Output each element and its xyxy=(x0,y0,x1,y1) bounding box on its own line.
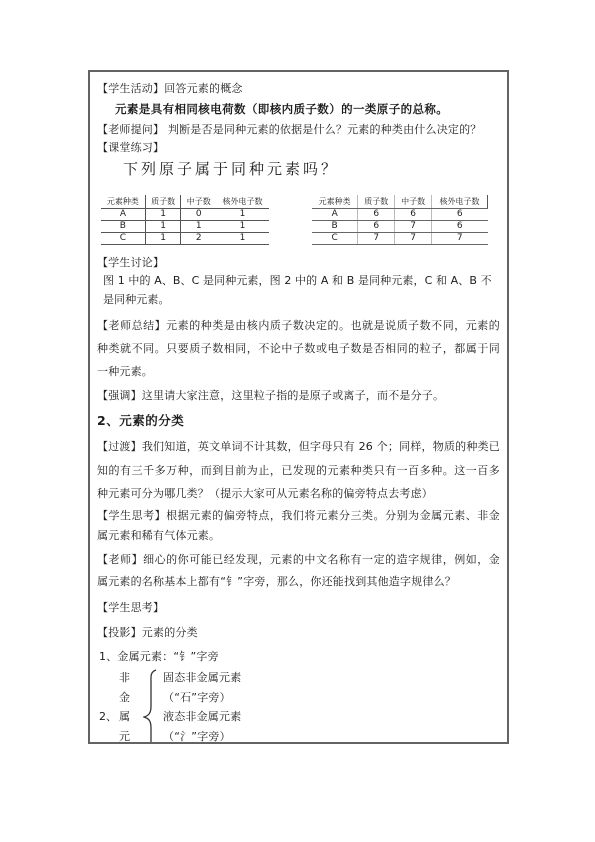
discussion-heading-line: 【学生讨论】 xyxy=(97,254,500,271)
data-cell: 1 xyxy=(145,233,181,245)
data-cell: B xyxy=(312,221,358,233)
classification-line: （“石”字旁） xyxy=(163,689,231,705)
data-cell: 7 xyxy=(432,233,488,245)
classification-line: 固态非金属元素 xyxy=(163,669,241,685)
data-cell: A xyxy=(101,209,145,221)
header-cell: 中子数 xyxy=(395,195,432,209)
classification-line: （“氵”字旁） xyxy=(163,728,231,744)
vertical-label-char: 非 xyxy=(119,669,143,685)
element-definition-line: 元素是具有相同核电荷数（即核内质子数）的一类原子的总称。 xyxy=(97,98,500,120)
curly-brace-icon xyxy=(143,669,158,745)
data-cell: 6 xyxy=(432,209,488,221)
data-cell: 1 xyxy=(216,221,269,233)
row-number: 2、 xyxy=(97,708,119,724)
data-cell: C xyxy=(312,233,358,245)
data-cell: 7 xyxy=(395,221,432,233)
document-page: 【学生活动】回答元素的概念 元素是具有相同核电荷数（即核内质子数）的一类原子的总… xyxy=(0,0,595,842)
exercise-question-heading: 下列原子属于同种元素吗？ xyxy=(123,156,500,182)
vertical-label-char: 元 xyxy=(119,728,143,744)
student-activity-line: 【学生活动】回答元素的概念 xyxy=(97,80,500,98)
content-frame: 【学生活动】回答元素的概念 元素是具有相同核电荷数（即核内质子数）的一类原子的总… xyxy=(88,70,509,744)
header-cell: 质子数 xyxy=(145,195,181,209)
header-cell: 质子数 xyxy=(358,195,395,209)
header-cell: 核外电子数 xyxy=(432,195,488,209)
classification-line: 液态非金属元素 xyxy=(163,708,241,724)
table-row: C 1 2 1 xyxy=(101,233,269,245)
vertical-label-char: 属 xyxy=(119,708,143,724)
data-cell: 1 xyxy=(145,221,181,233)
table-row: B 6 7 6 xyxy=(312,221,488,233)
classification-figure: 非 固态非金属元素 金 （“石”字旁） 2、 属 液态非金属元素 元 （“氵”字 xyxy=(97,668,500,745)
data-cell: 6 xyxy=(432,221,488,233)
header-cell: 中子数 xyxy=(181,195,216,209)
vertical-label-char: 金 xyxy=(119,689,143,705)
data-cell: A xyxy=(312,209,358,221)
student-think-line: 【学生思考】 xyxy=(97,599,500,617)
data-cell: 6 xyxy=(395,209,432,221)
teacher-summary-paragraph: 【老师总结】元素的种类是由核内质子数决定的。也就是说质子数不同，元素的种类就不同… xyxy=(97,314,500,383)
discussion-body-line: 图 1 中的 A、B、C 是同种元素，图 2 中的 A 和 B 是同种元素，C … xyxy=(97,271,500,309)
data-cell: 7 xyxy=(358,233,395,245)
data-cell: 1 xyxy=(145,209,181,221)
projection-line: 【投影】元素的分类 xyxy=(97,623,500,642)
table-row: A 6 6 6 xyxy=(312,209,488,221)
section-2-heading: 2、元素的分类 xyxy=(97,409,500,433)
metal-element-item-line: 1、金属元素：“钅”字旁 xyxy=(97,647,500,666)
table-row: C 7 7 7 xyxy=(312,233,488,245)
data-cell: 1 xyxy=(181,221,216,233)
table-row: A 1 0 1 xyxy=(101,209,269,221)
element-table-2: 元素种类 质子数 中子数 核外电子数 A 6 6 6 B 6 xyxy=(312,195,488,245)
data-cell: 7 xyxy=(395,233,432,245)
data-cell: 1 xyxy=(216,233,269,245)
data-cell: 6 xyxy=(358,209,395,221)
data-cell: 1 xyxy=(216,209,269,221)
table-header-row: 元素种类 质子数 中子数 核外电子数 xyxy=(101,195,269,209)
emphasis-line: 【强调】这里请大家注意，这里粒子指的是原子或离子，而不是分子。 xyxy=(97,386,500,405)
data-cell: 0 xyxy=(181,209,216,221)
teacher-remark-paragraph: 【老师】细心的你可能已经发现，元素的中文名称有一定的造字规律，例如，金属元素的名… xyxy=(97,549,500,593)
element-tables-row: 元素种类 质子数 中子数 核外电子数 A 1 0 1 B 1 xyxy=(97,195,500,245)
data-cell: 2 xyxy=(181,233,216,245)
element-table-1: 元素种类 质子数 中子数 核外电子数 A 1 0 1 B 1 xyxy=(101,195,269,245)
header-cell: 元素种类 xyxy=(312,195,358,209)
header-cell: 元素种类 xyxy=(101,195,145,209)
class-exercise-line: 【课堂练习】 xyxy=(97,139,500,156)
data-cell: B xyxy=(101,221,145,233)
student-think-paragraph: 【学生思考】根据元素的偏旁特点，我们将元素分三类。分别为金属元素、非金属元素和稀… xyxy=(97,506,500,547)
data-cell: C xyxy=(101,233,145,245)
header-cell: 核外电子数 xyxy=(216,195,269,209)
table-header-row: 元素种类 质子数 中子数 核外电子数 xyxy=(312,195,488,209)
data-cell: 6 xyxy=(358,221,395,233)
table-row: B 1 1 1 xyxy=(101,221,269,233)
transition-paragraph-1: 【过渡】我们知道，英文单词不计其数，但字母只有 26 个；同样，物质的种类已知的… xyxy=(97,435,500,506)
teacher-question-line: 【老师提问】 判断是否是同种元素的依据是什么？元素的种类由什么决定的？ xyxy=(97,120,500,139)
